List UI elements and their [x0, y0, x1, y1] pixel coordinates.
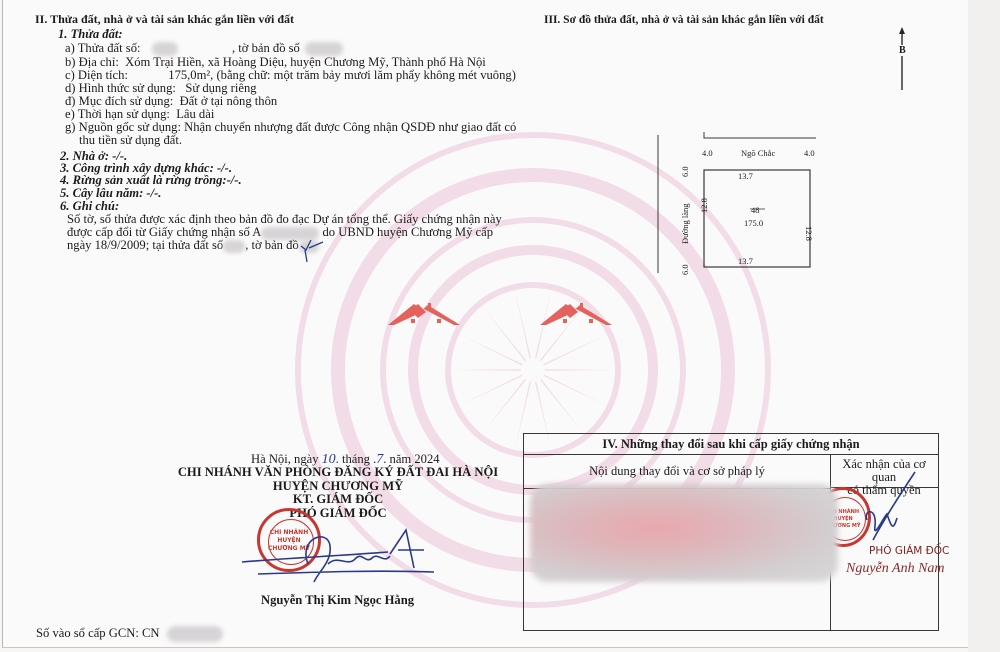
- edge-left: 12.8: [699, 198, 709, 213]
- parcel-area: 175.0: [744, 218, 763, 228]
- confirm-title: PHÓ GIÁM ĐỐC: [869, 545, 949, 557]
- origin-label: g) Nguồn gốc sử dụng:: [65, 120, 181, 134]
- offset-left-bottom: 6.0: [680, 264, 690, 275]
- changes-content-redacted: [530, 484, 838, 582]
- purpose-value: Đất ở tại nông thôn: [180, 94, 278, 108]
- signer-name: Nguyễn Thị Kim Ngọc Hằng: [261, 593, 414, 608]
- certificate-page: II. Thửa đất, nhà ở và tài sản khác gắn …: [2, 0, 969, 648]
- edge-bottom: 13.7: [738, 256, 753, 266]
- date-prefix: Hà Nội, ngày: [251, 452, 319, 466]
- section-iii-title: III. Sơ đồ thửa đất, nhà ở và tài sản kh…: [544, 14, 824, 26]
- notes-line-3: ngày 18/9/2009; tại thửa đất số, tờ bản …: [67, 238, 319, 253]
- use-form-label: d) Hình thức sử dụng:: [65, 81, 176, 95]
- office-line-2: HUYỆN CHƯƠNG MỸ: [173, 480, 503, 494]
- parcel-number: 48: [751, 205, 760, 215]
- issuing-office: CHI NHÁNH VĂN PHÒNG ĐĂNG KÝ ĐẤT ĐAI HÀ N…: [173, 466, 503, 520]
- registry-number-redacted: [167, 626, 223, 642]
- edge-right: 12.8: [804, 226, 814, 241]
- edge-top: 13.7: [738, 171, 753, 181]
- origin-value-cont: thu tiền sử dụng đất.: [79, 133, 182, 148]
- notes-line-2-b: do UBND huyện Chương Mỹ cấp: [322, 225, 493, 239]
- old-parcel-redacted: [223, 240, 245, 253]
- house-roof-logo-icon: [388, 302, 460, 326]
- parcel-label: a) Thửa đất số:: [65, 41, 141, 55]
- parcel-row: a) Thửa đất số: , tờ bản đồ số: [65, 41, 343, 56]
- purpose-label: đ) Mục đích sử dụng:: [65, 94, 173, 108]
- term-label: e) Thời hạn sử dụng:: [65, 107, 170, 121]
- office-line-1: CHI NHÁNH VĂN PHÒNG ĐĂNG KÝ ĐẤT ĐAI HÀ N…: [173, 466, 503, 480]
- use-form-value: Sử dụng riêng: [185, 81, 256, 95]
- notes-line-2-a: được cấp đổi từ Giấy chứng nhận số A: [67, 225, 261, 239]
- offset-top-left: 4.0: [702, 148, 713, 158]
- street-left-label: Đường làng: [680, 204, 690, 245]
- street-top-label: Ngõ Chắc: [741, 148, 775, 158]
- registry-label: Số vào sổ cấp GCN: CN: [36, 626, 159, 640]
- address-value: Xóm Trại Hiền, xã Hoàng Diệu, huyện Chươ…: [125, 55, 486, 69]
- scan-margin: [968, 0, 1000, 652]
- map-sheet-label: , tờ bản đồ số: [232, 41, 300, 55]
- office-line-3: KT. GIÁM ĐỐC: [173, 493, 503, 507]
- land-heading: 1. Thửa đất:: [58, 27, 123, 42]
- date-year: năm 2024: [390, 452, 440, 466]
- notes-line-3-a: ngày 18/9/2009; tại thửa đất số: [67, 238, 223, 252]
- address-label: b) Địa chỉ:: [65, 55, 119, 69]
- notes-line-3-b: , tờ bản đồ: [245, 238, 299, 252]
- north-arrow-icon: [895, 26, 909, 92]
- registry-number: Số vào sổ cấp GCN: CN: [36, 626, 223, 642]
- section-iv-title: IV. Những thay đổi sau khi cấp giấy chứn…: [524, 434, 938, 455]
- origin-value: Nhận chuyển nhượng đất được Công nhận QS…: [184, 120, 516, 134]
- signature-icon: [238, 528, 438, 590]
- north-label: B: [899, 45, 906, 56]
- area-label: c) Diện tích:: [65, 68, 128, 82]
- parcel-number-redacted: [152, 42, 178, 56]
- offset-left-top: 6.0: [680, 166, 690, 177]
- area-value: 175,0m², (bằng chữ: một trăm bảy mươi lă…: [168, 68, 516, 82]
- confirm-signer: Nguyễn Anh Nam: [846, 561, 945, 577]
- house-roof-logo-icon: [540, 302, 612, 326]
- confirm-signature-icon: [853, 470, 923, 550]
- map-sheet-redacted: [305, 42, 343, 56]
- section-ii-title: II. Thửa đất, nhà ở và tài sản khác gắn …: [35, 12, 294, 27]
- term-value: Lâu dài: [176, 107, 214, 121]
- office-line-4: PHÓ GIÁM ĐỐC: [173, 507, 503, 521]
- offset-top-right: 4.0: [804, 148, 815, 158]
- initials-mark-icon: [299, 236, 325, 266]
- month-label: tháng: [342, 452, 370, 466]
